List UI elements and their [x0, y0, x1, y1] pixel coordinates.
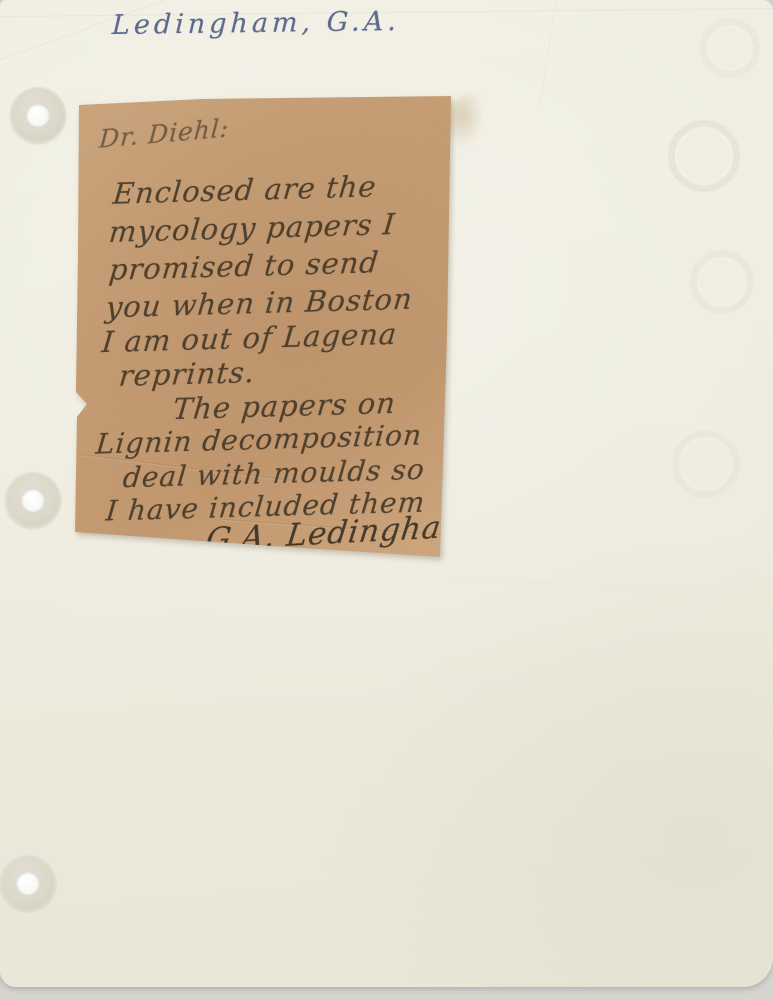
note-crease	[381, 89, 456, 142]
scanned-archive-sheet: { "binder": { "label": "Ledingham, G.A."…	[0, 0, 773, 1000]
watermark-ring-icon	[690, 250, 754, 314]
watermark-ring-icon	[700, 18, 760, 78]
fold-crease-middle	[430, 579, 760, 593]
hole-punch-top	[10, 87, 66, 143]
note-salutation: Dr. Diehl:	[98, 113, 230, 154]
note-line: mycology papers I	[107, 207, 397, 249]
watermark-ring-icon	[668, 120, 740, 192]
note-line: promised to send	[107, 245, 380, 287]
note-line: I am out of Lagena	[100, 317, 398, 359]
hole-punch-bottom	[0, 855, 56, 911]
note-paper: Dr. Diehl: Enclosed are the mycology pap…	[73, 95, 451, 558]
pasted-note: Dr. Diehl: Enclosed are the mycology pap…	[73, 95, 451, 558]
note-line: reprints.	[117, 355, 256, 393]
paper-stain	[448, 94, 484, 148]
binder-name-label: Ledingham, G.A.	[111, 6, 400, 41]
binder-page: Ledingham, G.A. Dr. Diehl: Enclosed are …	[0, 0, 773, 987]
watermark-ring-icon	[672, 430, 740, 498]
note-line: Enclosed are the	[111, 169, 378, 210]
fold-crease-right	[539, 0, 560, 109]
hole-punch-middle	[5, 472, 61, 528]
